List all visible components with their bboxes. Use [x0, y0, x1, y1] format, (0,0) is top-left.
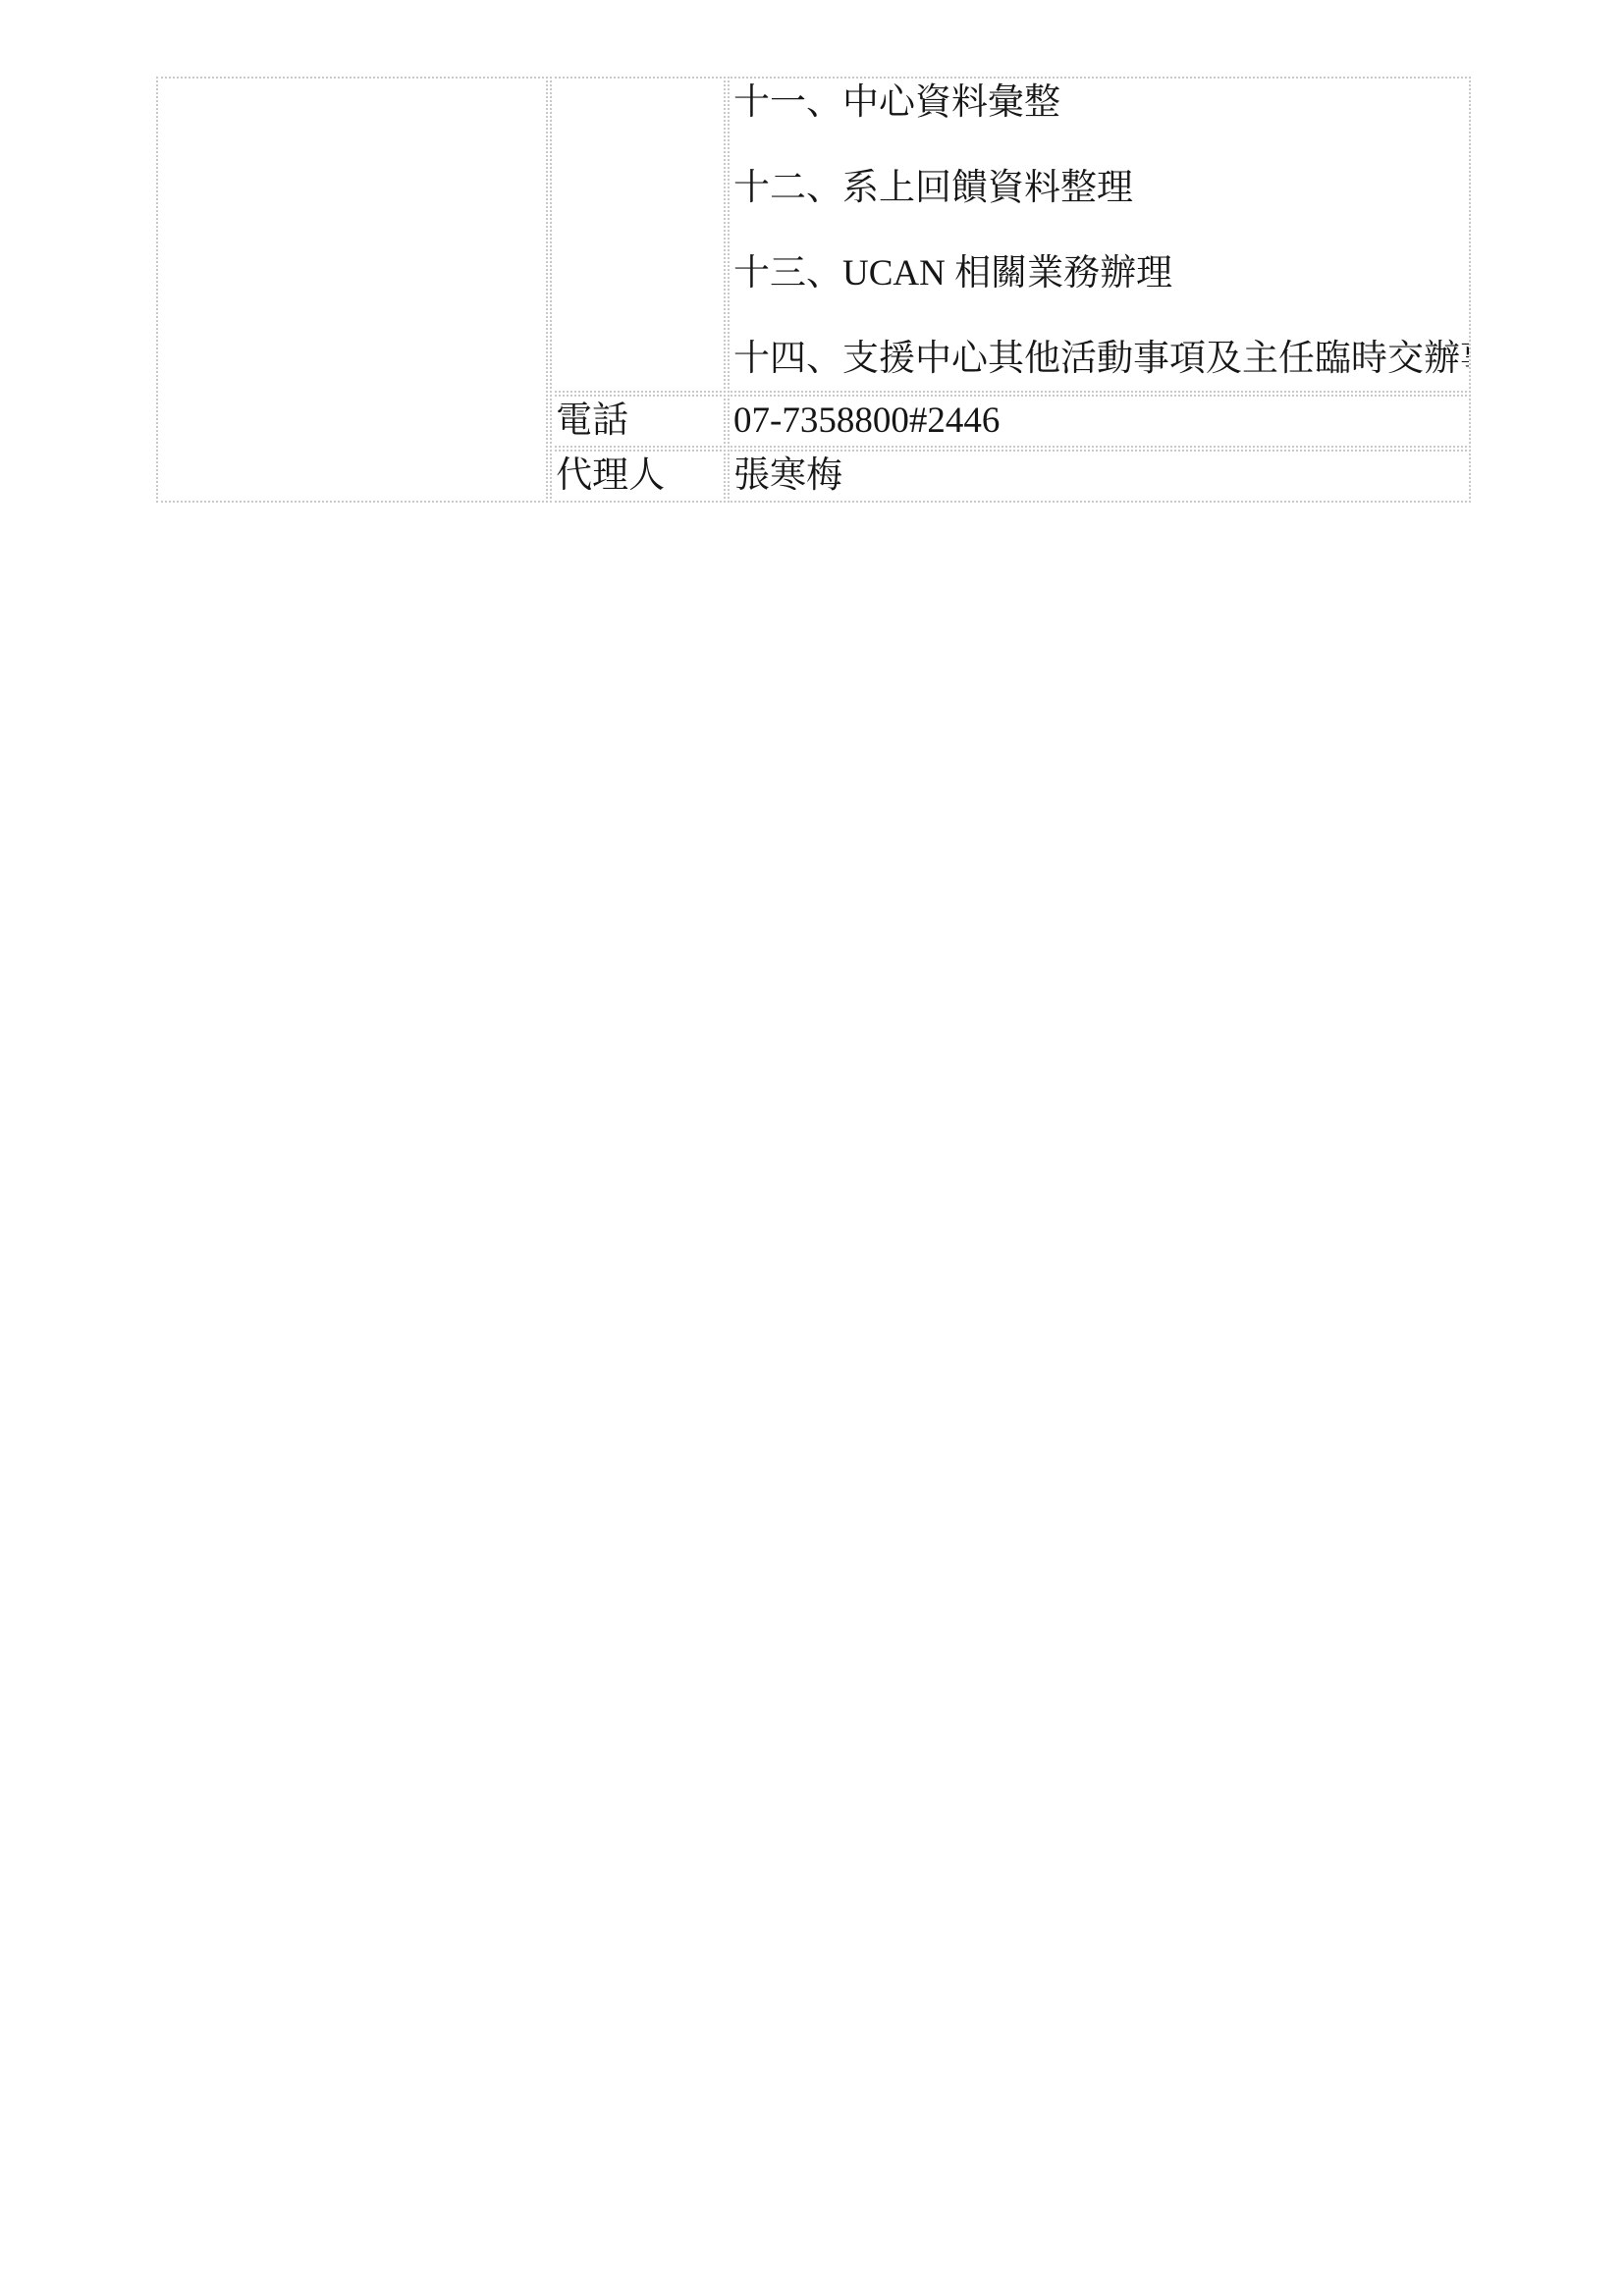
left-spanning-cell: [156, 77, 548, 503]
duty-item: 十一、中心資料彙整: [733, 80, 1465, 126]
duties-row: 十一、中心資料彙整 十二、系上回饋資料整理 十三、UCAN 相關業務辦理 十四、…: [156, 77, 1471, 393]
duties-list-cell: 十一、中心資料彙整 十二、系上回饋資料整理 十三、UCAN 相關業務辦理 十四、…: [728, 77, 1471, 393]
deputy-value: 張寒梅: [728, 450, 1471, 503]
duty-item: 十三、UCAN 相關業務辦理: [733, 251, 1465, 296]
deputy-label: 代理人: [550, 450, 726, 503]
personnel-table: 十一、中心資料彙整 十二、系上回饋資料整理 十三、UCAN 相關業務辦理 十四、…: [154, 75, 1473, 505]
phone-value: 07-7358800#2446: [728, 395, 1471, 448]
document-page: 十一、中心資料彙整 十二、系上回饋資料整理 十三、UCAN 相關業務辦理 十四、…: [0, 0, 1624, 2296]
phone-label: 電話: [550, 395, 726, 448]
duties-label-cell-empty: [550, 77, 726, 393]
duty-item: 十二、系上回饋資料整理: [733, 166, 1465, 211]
duty-item: 十四、支援中心其他活動事項及主任臨時交辦事項: [733, 337, 1465, 382]
